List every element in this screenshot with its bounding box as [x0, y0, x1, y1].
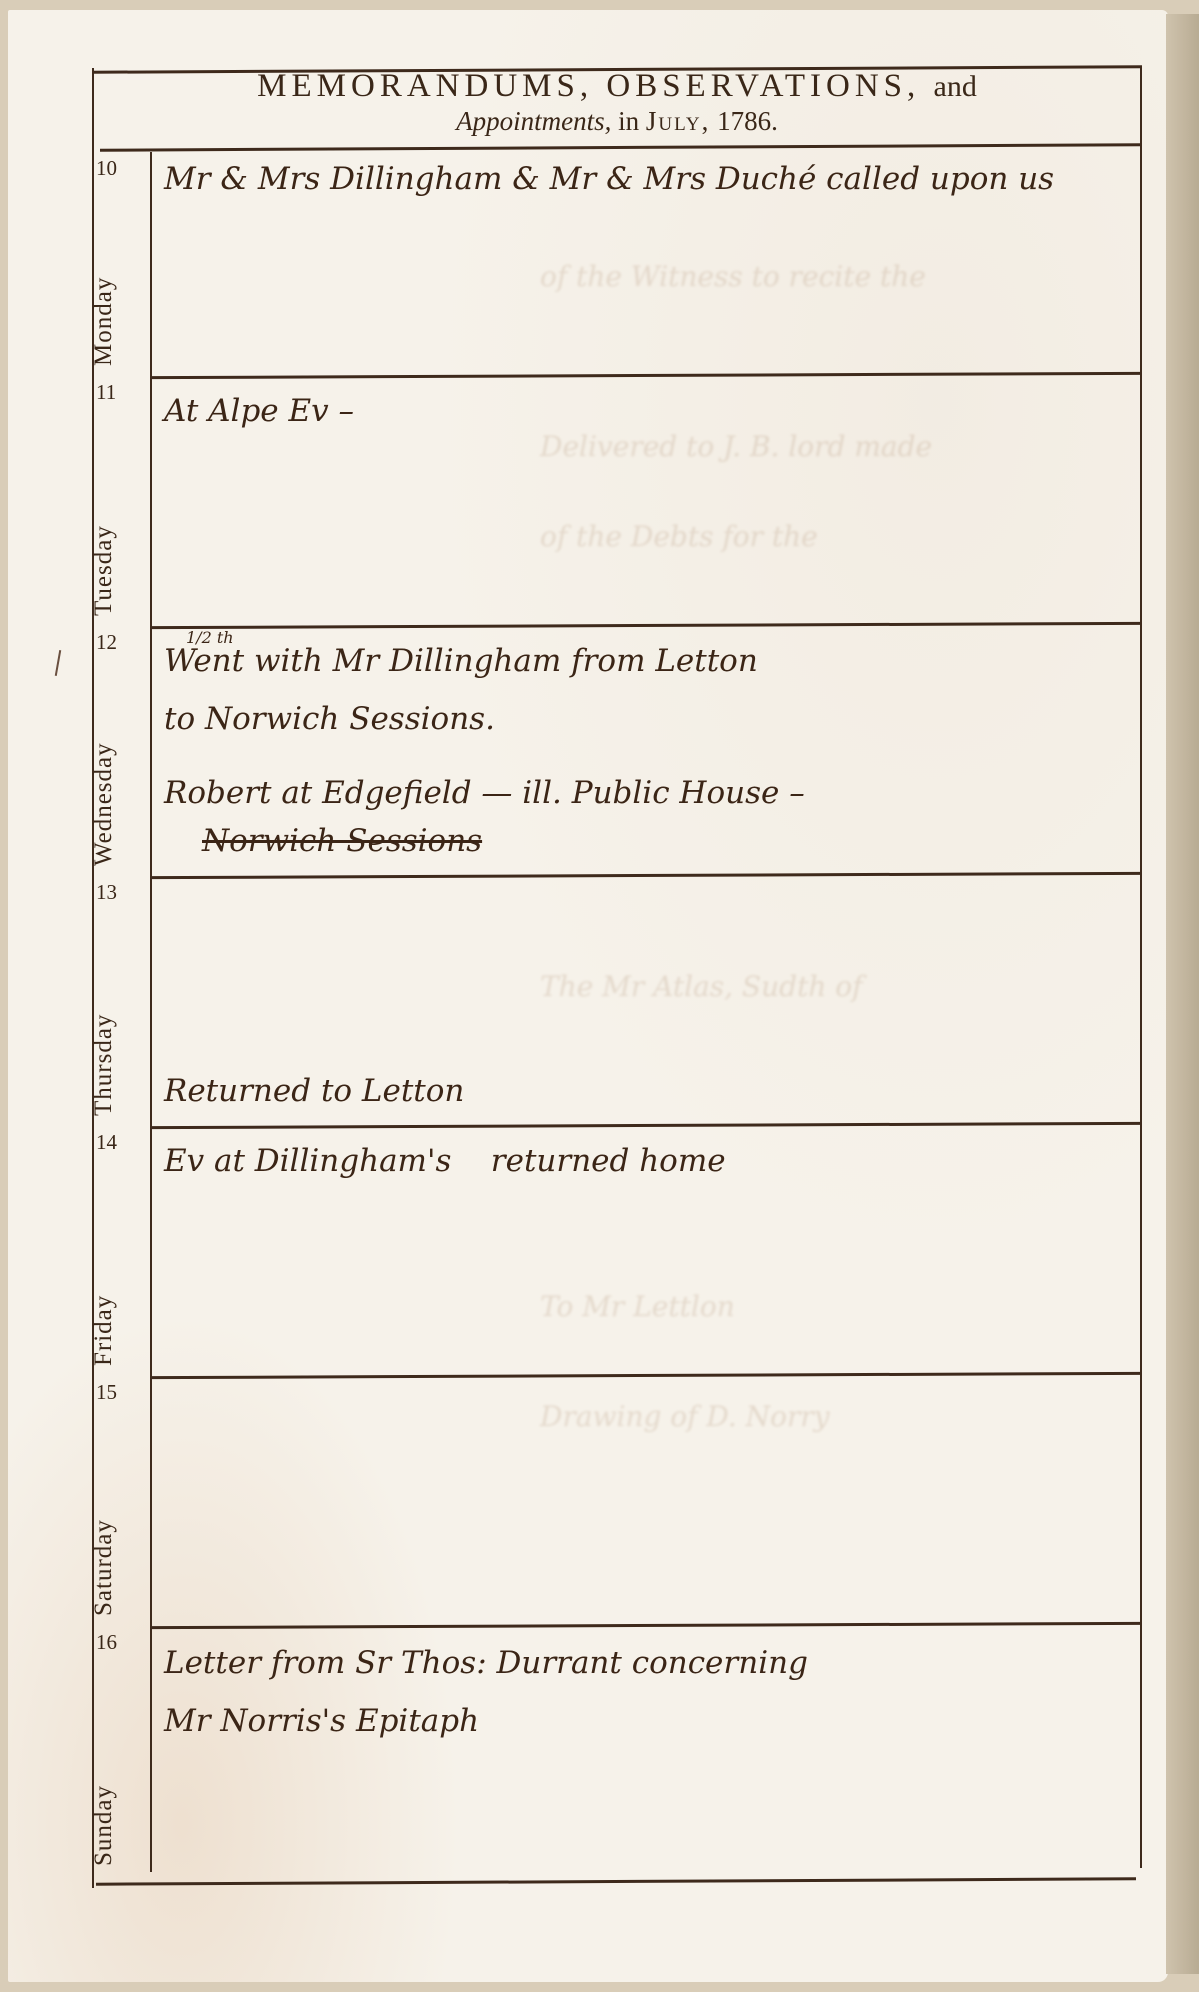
- day-row-tuesday: 11 Tuesday At Alpe Ev –: [92, 376, 1142, 626]
- subtitle-in: in: [618, 106, 639, 136]
- day-name: Thursday: [90, 1014, 118, 1116]
- day-name: Tuesday: [90, 525, 118, 616]
- superscript-note: 1/2 th: [186, 630, 234, 646]
- day-row-friday: 14 Friday Ev at Dillingham's returned ho…: [92, 1126, 1142, 1376]
- diary-entry-line: Ev at Dillingham's returned home: [164, 1146, 1122, 1177]
- diary-entry-line: to Norwich Sessions.: [164, 704, 1122, 735]
- subtitle-year: 1786.: [717, 106, 778, 136]
- day-name: Saturday: [90, 1519, 118, 1616]
- diary-entry-line: Robert at Edgefield — ill. Public House …: [164, 778, 1122, 809]
- day-row-saturday: 15 Saturday: [92, 1376, 1142, 1626]
- day-name: Wednesday: [90, 742, 118, 866]
- day-number: 11: [96, 380, 116, 405]
- diary-entry-line: Mr Norris's Epitaph: [164, 1706, 1122, 1737]
- day-number: 10: [96, 156, 117, 181]
- day-name: Friday: [90, 1295, 118, 1366]
- day-row-sunday: 16 Sunday Letter from Sr Thos: Durrant c…: [92, 1626, 1142, 1876]
- frame-bottom-rule: [96, 1877, 1136, 1885]
- day-row-monday: 10 Monday Mr & Mrs Dillingham & Mr & Mrs…: [92, 152, 1142, 376]
- page-title: MEMORANDUMS, OBSERVATIONS, and: [92, 68, 1142, 105]
- day-number: 16: [96, 1630, 117, 1655]
- diary-entry-line: Returned to Letton: [164, 1076, 1122, 1107]
- title-and: and: [934, 70, 977, 103]
- diary-entry-line: Went with Mr Dillingham from Letton: [164, 643, 758, 679]
- diary-entry-line: Mr & Mrs Dillingham & Mr & Mrs Duché cal…: [164, 164, 1122, 195]
- day-row-thursday: 13 Thursday Returned to Letton: [92, 876, 1142, 1126]
- day-number: 12: [96, 630, 117, 655]
- title-main: MEMORANDUMS, OBSERVATIONS,: [257, 68, 920, 104]
- page-subtitle: Appointments, in July, 1786.: [92, 106, 1142, 137]
- almanac-frame: MEMORANDUMS, OBSERVATIONS, and Appointme…: [92, 68, 1142, 1908]
- struck-through-entry: Norwich Sessions: [202, 826, 1122, 857]
- header-bottom-rule: [100, 143, 1142, 151]
- day-number: 13: [96, 880, 117, 905]
- book-gutter: [1166, 14, 1199, 1974]
- day-name: Sunday: [90, 1785, 118, 1866]
- day-row-wednesday: 12 Wednesday 1/2 thWent with Mr Dillingh…: [92, 626, 1142, 876]
- day-name: Monday: [90, 277, 118, 366]
- day-number: 14: [96, 1130, 117, 1155]
- day-number: 15: [96, 1380, 117, 1405]
- subtitle-month: July,: [646, 106, 710, 136]
- diary-entry-line: Letter from Sr Thos: Durrant concerning: [164, 1648, 1122, 1679]
- subtitle-appointments: Appointments,: [456, 106, 611, 136]
- diary-entry-line: At Alpe Ev –: [164, 396, 1122, 427]
